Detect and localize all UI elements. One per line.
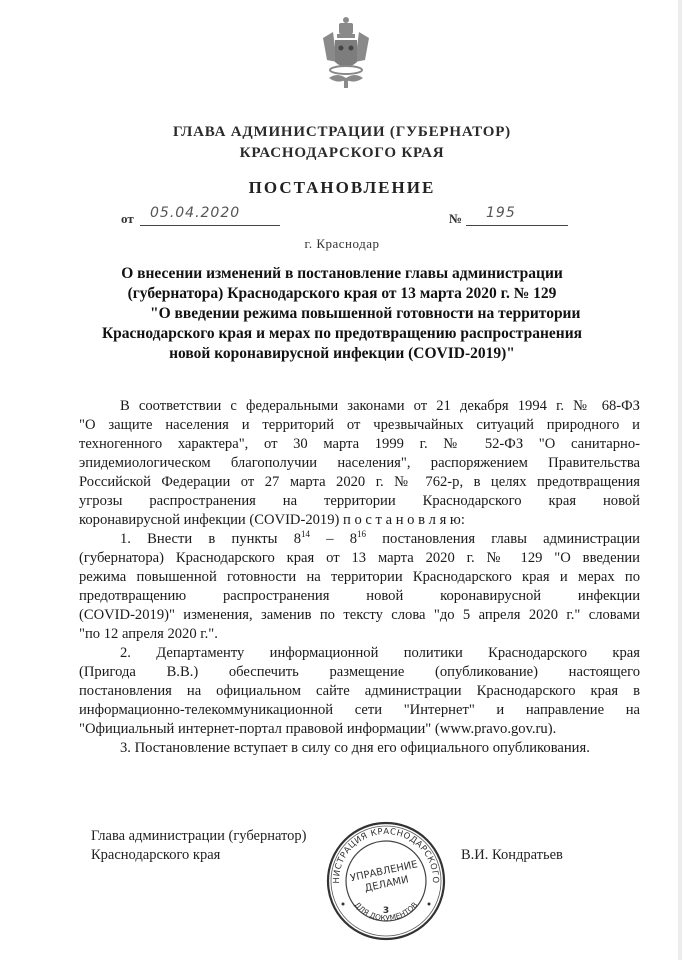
page-edge-shadow — [678, 0, 682, 960]
signatory-position-line1: Глава администрации (губернатор) — [91, 828, 307, 845]
subject-line: "О введении режима повышенной готовности… — [150, 305, 580, 323]
krasnodar-coat-of-arms-icon — [319, 14, 373, 94]
subject-line: (губернатора) Краснодарского края от 13 … — [0, 285, 684, 303]
official-seal-stamp: АДМИНИСТРАЦИЯ КРАСНОДАРСКОГО КРАЯ ДЛЯ ДО… — [325, 820, 447, 942]
item2-line: 2. Департаменту информационной политики … — [120, 645, 640, 662]
preamble-line: "О защите населения и территорий от чрез… — [79, 417, 640, 434]
preamble-line: коронавирусной инфекции (COVID-2019) п о… — [79, 512, 640, 529]
stamp-dot-right — [428, 903, 431, 906]
preamble-line: эпидемиологическом благополучии населени… — [79, 455, 640, 472]
item1-line: "по 12 апреля 2020 г.". — [79, 626, 640, 643]
issuer-title-line1: ГЛАВА АДМИНИСТРАЦИИ (ГУБЕРНАТОР) — [0, 124, 684, 141]
item2-line: информационно-телекоммуникационной сети … — [79, 702, 640, 719]
issuer-title-line2: КРАСНОДАРСКОГО КРАЯ — [0, 145, 684, 162]
number-label: № — [449, 211, 462, 227]
preamble-line: техногенного характера", от 30 марта 199… — [79, 436, 640, 453]
signatory-name: В.И. Кондратьев — [461, 847, 563, 864]
item1-text-end: постановления главы администрации — [366, 531, 640, 547]
stamp-dot-left — [342, 903, 345, 906]
number-value: 195 — [486, 205, 516, 221]
item1-line: (COVID-2019)" изменения, заменив по текс… — [79, 607, 640, 624]
item1-sup1: 14 — [301, 529, 310, 539]
preamble-line: В соответствии с федеральными законами о… — [120, 398, 640, 415]
subject-line: новой коронавирусной инфекции (COVID-201… — [0, 345, 684, 363]
stamp-number: 3 — [383, 906, 389, 916]
subject-line: Краснодарского края и мерах по предотвра… — [0, 325, 684, 343]
item1-line: режима повышенной готовности на территор… — [79, 569, 640, 586]
document-type-title: ПОСТАНОВЛЕНИЕ — [0, 178, 684, 198]
city-line: г. Краснодар — [0, 236, 684, 252]
signatory-position-line2: Краснодарского края — [91, 847, 220, 864]
item1-line: (губернатора) Краснодарского края от 13 … — [79, 550, 640, 567]
date-underline — [140, 225, 280, 226]
item1-text-start: 1. Внести в пункты 8 — [120, 531, 301, 547]
item1-dash: – 8 — [310, 531, 357, 547]
number-underline — [466, 225, 568, 226]
date-value: 05.04.2020 — [150, 205, 240, 221]
item2-line: (Пригода В.В.) обеспечить размещение (оп… — [79, 664, 640, 681]
preamble-line: угрозы распространения на территории Кра… — [79, 493, 640, 510]
item2-line: "Официальный интернет-портал правовой ин… — [79, 721, 640, 738]
item3-line: 3. Постановление вступает в силу со дня … — [120, 740, 640, 757]
subject-line: О внесении изменений в постановление гла… — [0, 265, 684, 283]
item1-first-line: 1. Внести в пункты 814 – 816 постановлен… — [120, 531, 640, 548]
item2-line: постановления на официальном сайте админ… — [79, 683, 640, 700]
date-label: от — [121, 211, 134, 227]
item1-line: предотвращению распространения новой кор… — [79, 588, 640, 605]
preamble-line: Российской Федерации от 27 марта 2020 г.… — [79, 474, 640, 491]
item1-sup2: 16 — [357, 529, 366, 539]
